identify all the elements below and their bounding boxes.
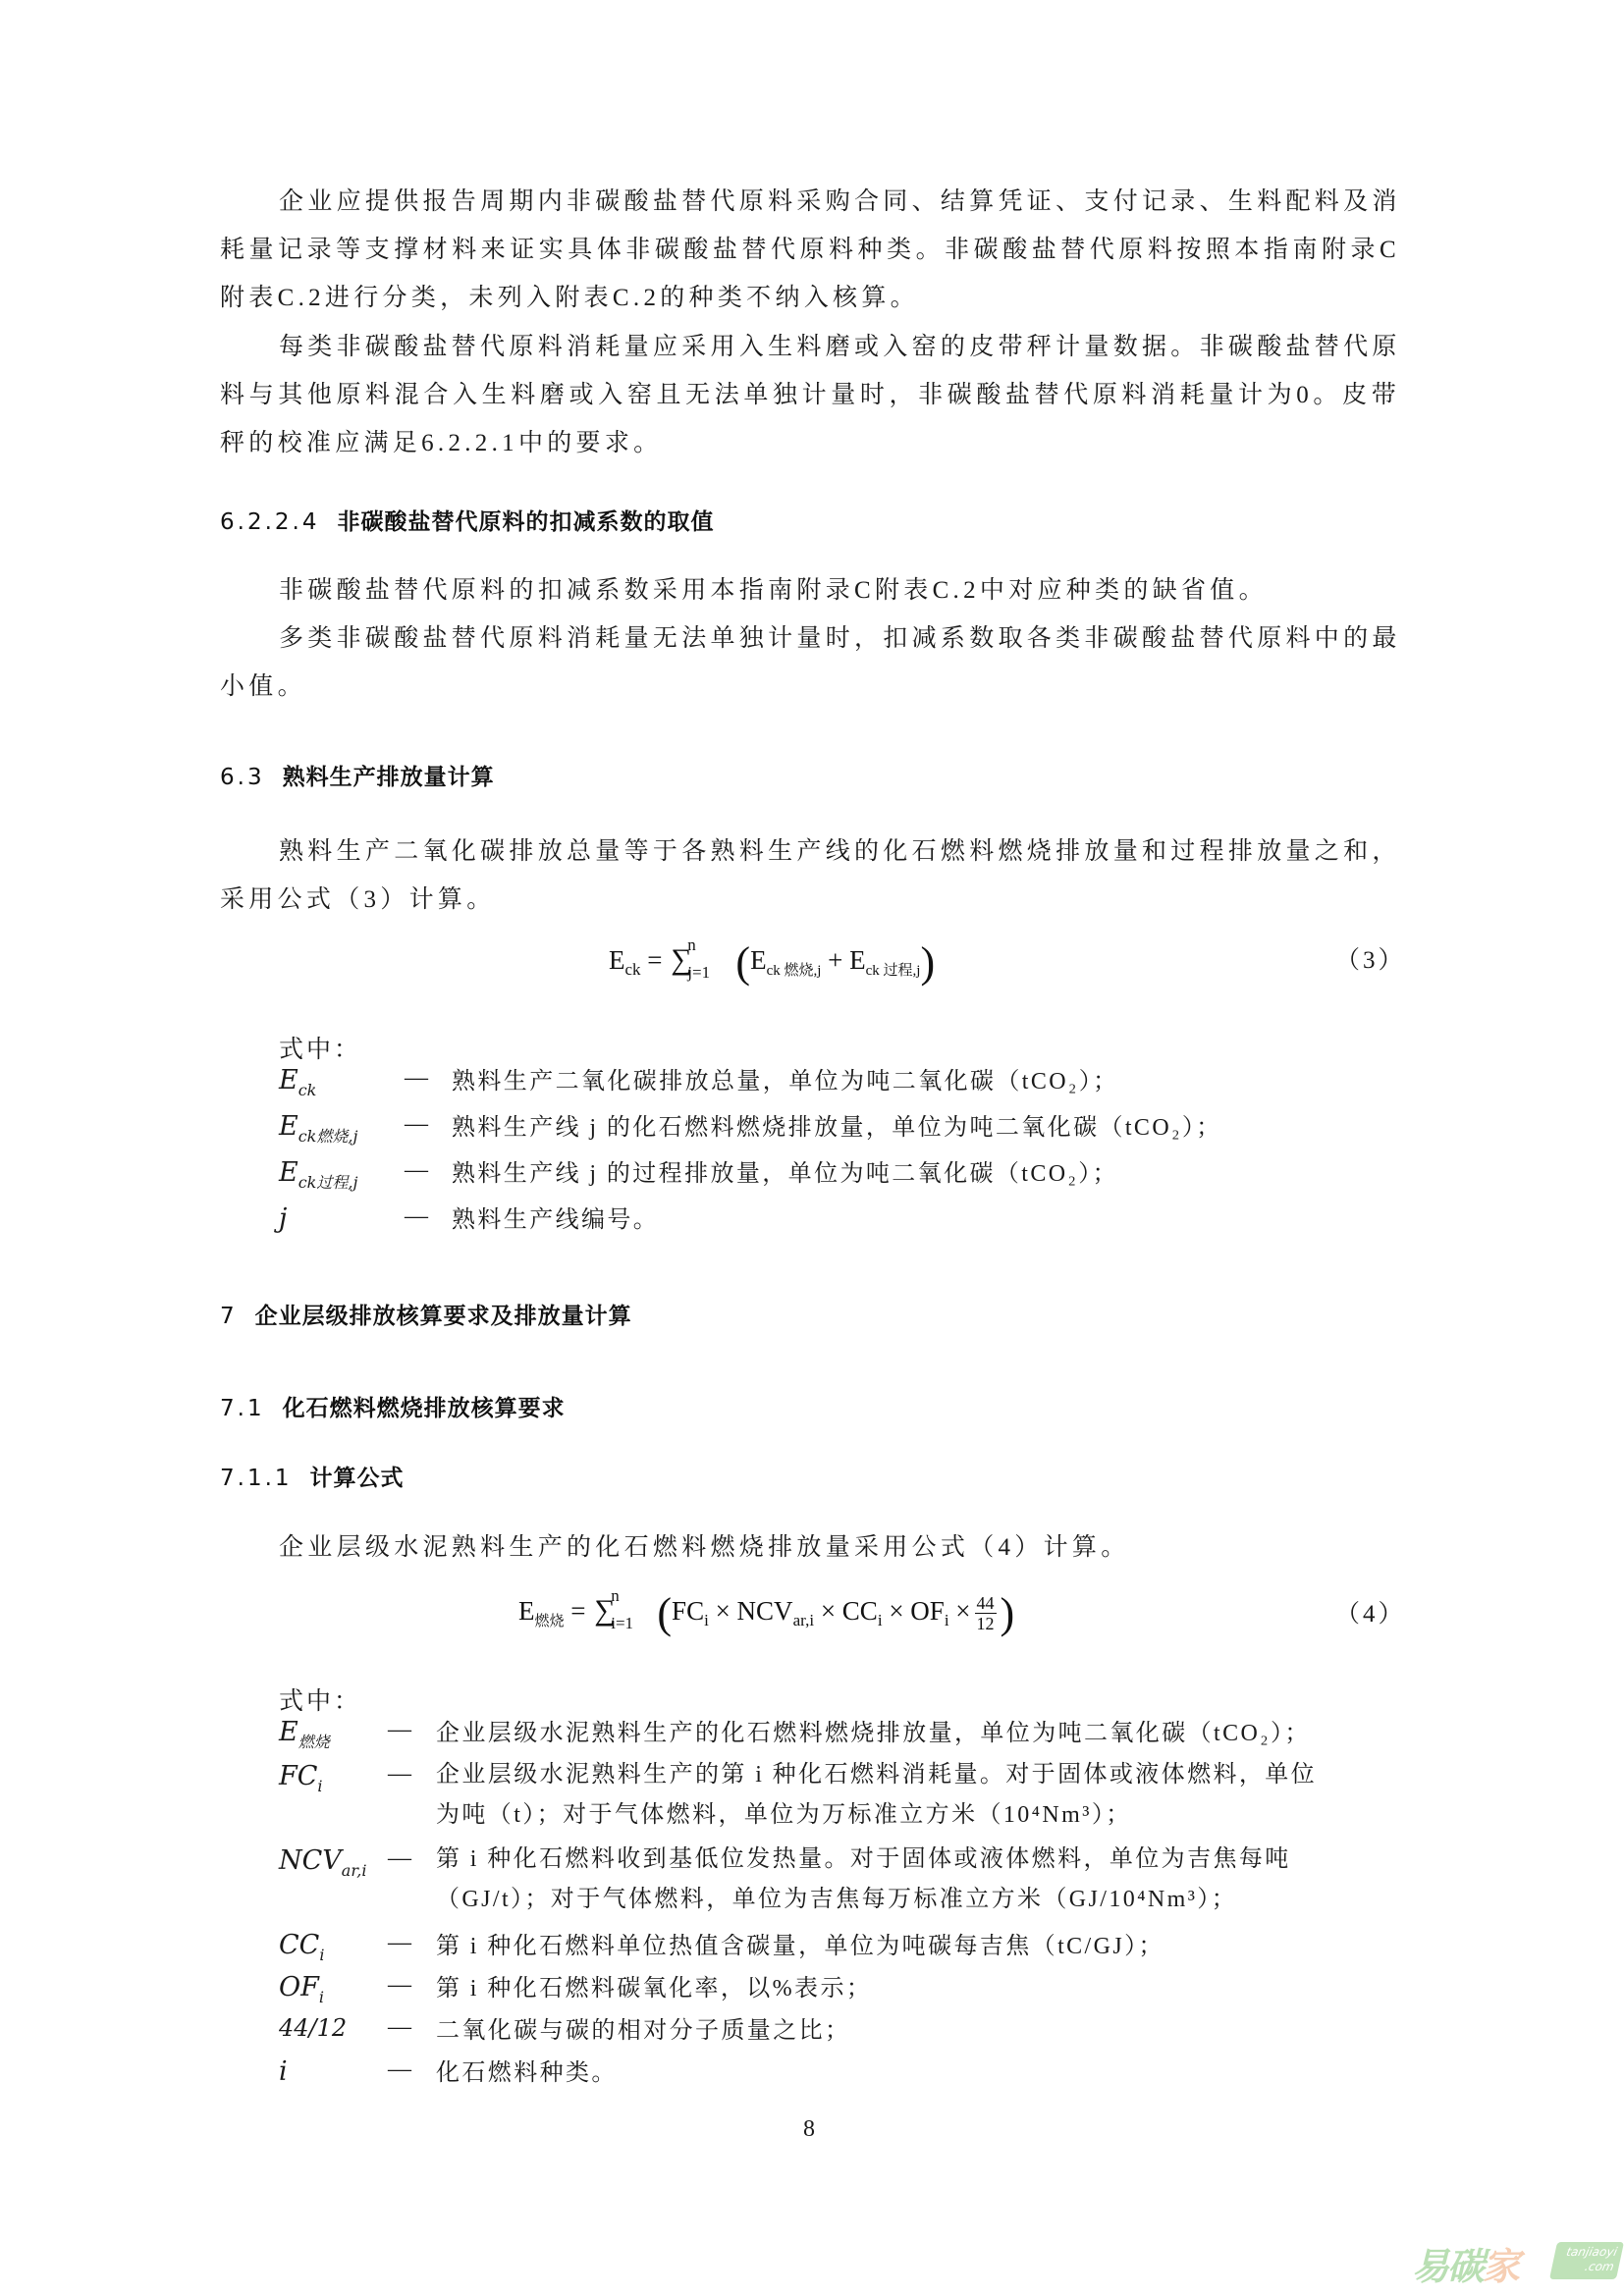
variable-symbol: Eck燃烧,j	[279, 1111, 357, 1147]
formula-3: Eck = ∑nj=1 (Eck 燃烧,j + Eck 过程,j)	[609, 937, 935, 988]
formula-symbol: NCV	[737, 1596, 793, 1626]
text-line: 非碳酸盐替代原料的扣减系数采用本指南附录C附表C.2中对应种类的缺省值。	[220, 566, 1400, 614]
text-line: 料与其他原料混合入生料磨或入窑且无法单独计量时，非碳酸盐替代原料消耗量计为0。皮…	[220, 371, 1400, 419]
section-title: 化石燃料燃烧排放核算要求	[283, 1396, 566, 1421]
text-line: 采用公式（3）计算。	[220, 876, 1400, 924]
left-paren: (	[735, 938, 750, 987]
formula-symbol: OF	[910, 1596, 945, 1626]
paragraph-formula-4-intro: 企业层级水泥熟料生产的化石燃料燃烧排放量采用公式（4）计算。	[220, 1523, 1400, 1572]
text-line: 附表C.2进行分类，未列入附表C.2的种类不纳入核算。	[220, 274, 1400, 322]
page-number: 8	[803, 2116, 815, 2143]
summation-icon: ∑ni=1	[594, 1594, 615, 1628]
dash: —	[388, 1761, 411, 1788]
variable-description: 二氧化碳与碳的相对分子质量之比；	[436, 2008, 850, 2054]
variable-symbol: OFi	[279, 1972, 324, 2006]
section-number: 7	[220, 1304, 238, 1329]
variable-description: 熟料生产线编号。	[452, 1198, 659, 1243]
where-label: 式中：	[279, 1030, 361, 1065]
document-page: 企业应提供报告周期内非碳酸盐替代原料采购合同、结算凭证、支付记录、生料配料及消 …	[0, 0, 1624, 2296]
dash: —	[388, 1930, 411, 1956]
fraction: 4412	[975, 1593, 997, 1633]
equation-number-3: （3）	[1335, 940, 1406, 976]
section-heading-7-1-1: 7.1.1计算公式	[220, 1460, 405, 1492]
watermark-brand: 易碳家	[1412, 2236, 1518, 2290]
section-number: 6.2.2.4	[220, 509, 319, 535]
section-heading-7-1: 7.1化石燃料燃烧排放核算要求	[220, 1390, 566, 1422]
formula-subscript: i	[878, 1611, 883, 1629]
variable-row: Eck过程,j — 熟料生产线 j 的过程排放量，单位为吨二氧化碳（tCO₂）；	[279, 1157, 1403, 1203]
right-paren: )	[920, 938, 935, 987]
formula-subscript: ck 过程,j	[866, 963, 921, 979]
formula-subscript: ck 燃烧,j	[767, 963, 822, 979]
dash: —	[388, 2014, 411, 2041]
equation-number-4: （4）	[1335, 1594, 1406, 1629]
variable-symbol: Eck	[279, 1065, 316, 1099]
text-line: 企业层级水泥熟料生产的化石燃料燃烧排放量采用公式（4）计算。	[220, 1523, 1400, 1572]
formula-subscript: ar,i	[793, 1611, 815, 1629]
text-line: 多类非碳酸盐替代原料消耗量无法单独计量时，扣减系数取各类非碳酸盐替代原料中的最	[220, 614, 1400, 663]
variable-description: 熟料生产二氧化碳排放总量，单位为吨二氧化碳（tCO₂）；	[452, 1059, 1119, 1104]
formula-symbol: CC	[842, 1596, 878, 1626]
formula-symbol: E	[750, 945, 767, 975]
variable-row: j — 熟料生产线编号。	[279, 1203, 1403, 1250]
variable-description: 化石燃料种类。	[436, 2051, 618, 2096]
watermark-badge: tanjiaoyi .com	[1549, 2242, 1624, 2279]
paragraph-supporting-materials: 企业应提供报告周期内非碳酸盐替代原料采购合同、结算凭证、支付记录、生料配料及消 …	[220, 178, 1400, 322]
variable-list-formula-3: Eck — 熟料生产二氧化碳排放总量，单位为吨二氧化碳（tCO₂）； Eck燃烧…	[279, 1065, 1403, 1250]
text-line: 小值。	[220, 663, 1400, 711]
dash: —	[388, 1717, 411, 1743]
variable-symbol: CCi	[279, 1930, 324, 1964]
left-paren: (	[657, 1589, 672, 1637]
paragraph-consumption-measurement: 每类非碳酸盐替代原料消耗量应采用入生料磨或入窑的皮带秤计量数据。非碳酸盐替代原 …	[220, 323, 1400, 467]
formula-subscript: 燃烧	[535, 1614, 565, 1629]
equals-sign: =	[570, 1596, 585, 1626]
text-line: 每类非碳酸盐替代原料消耗量应采用入生料磨或入窑的皮带秤计量数据。非碳酸盐替代原	[220, 323, 1400, 371]
section-title: 计算公式	[310, 1466, 405, 1491]
variable-row: Eck — 熟料生产二氧化碳排放总量，单位为吨二氧化碳（tCO₂）；	[279, 1065, 1403, 1111]
formula-symbol: E	[849, 945, 866, 975]
variable-symbol: i	[279, 2056, 288, 2091]
formula-subscript: i	[704, 1611, 709, 1629]
plus-sign: +	[828, 945, 842, 975]
times-sign: ×	[955, 1596, 970, 1626]
text-line: 企业应提供报告周期内非碳酸盐替代原料采购合同、结算凭证、支付记录、生料配料及消	[220, 178, 1400, 226]
dash: —	[388, 1972, 411, 1999]
dash: —	[405, 1065, 428, 1092]
paragraph-deduction-default: 非碳酸盐替代原料的扣减系数采用本指南附录C附表C.2中对应种类的缺省值。	[220, 566, 1400, 614]
formula-subscript: i	[945, 1611, 949, 1629]
variable-description: 企业层级水泥熟料生产的化石燃料燃烧排放量，单位为吨二氧化碳（tCO₂）；	[436, 1711, 1311, 1756]
variable-symbol: FCi	[279, 1761, 323, 1795]
formula-symbol: E	[518, 1596, 535, 1626]
variable-symbol: NCVar,i	[279, 1845, 366, 1880]
section-title: 熟料生产排放量计算	[283, 765, 495, 790]
times-sign: ×	[821, 1596, 836, 1626]
variable-description: 第 i 种化石燃料碳氧化率，以%表示；	[436, 1966, 872, 2011]
where-label: 式中：	[279, 1682, 361, 1717]
formula-subscript: ck	[625, 960, 641, 979]
dash: —	[388, 2056, 411, 2083]
section-number: 6.3	[220, 765, 265, 790]
watermark-logo: 易碳家 tanjiaoyi .com	[1412, 2236, 1620, 2287]
section-heading-6-2-2-4: 6.2.2.4非碳酸盐替代原料的扣减系数的取值	[220, 504, 714, 536]
variable-description: 熟料生产线 j 的化石燃料燃烧排放量，单位为吨二氧化碳（tCO₂）；	[452, 1105, 1222, 1150]
variable-symbol: 44/12	[279, 2014, 347, 2047]
formula-symbol: FC	[672, 1596, 704, 1626]
formula-symbol: E	[609, 945, 625, 975]
dash: —	[405, 1157, 428, 1184]
dash: —	[405, 1111, 428, 1138]
variable-symbol: E燃烧	[279, 1717, 330, 1752]
variable-description: 第 i 种化石燃料收到基低位发热量。对于固体或液体燃料，单位为吉焦每吨 （GJ/…	[436, 1840, 1291, 1920]
dash: —	[388, 1845, 411, 1872]
text-line: 耗量记录等支撑材料来证实具体非碳酸盐替代原料种类。非碳酸盐替代原料按照本指南附录…	[220, 226, 1400, 274]
section-heading-6-3: 6.3熟料生产排放量计算	[220, 759, 495, 791]
variable-list-formula-4: E燃烧 — 企业层级水泥熟料生产的化石燃料燃烧排放量，单位为吨二氧化碳（tCO₂…	[279, 1717, 1403, 2099]
dash: —	[405, 1203, 428, 1230]
section-number: 7.1	[220, 1396, 265, 1421]
section-title: 企业层级排放核算要求及排放量计算	[255, 1304, 632, 1329]
text-line: 秤的校准应满足6.2.2.1中的要求。	[220, 419, 1400, 467]
section-heading-7: 7企业层级排放核算要求及排放量计算	[220, 1298, 632, 1330]
variable-row: i — 化石燃料种类。	[279, 2056, 1403, 2099]
right-paren: )	[1001, 1589, 1015, 1637]
times-sign: ×	[889, 1596, 903, 1626]
times-sign: ×	[716, 1596, 731, 1626]
variable-description: 熟料生产线 j 的过程排放量，单位为吨二氧化碳（tCO₂）；	[452, 1151, 1118, 1197]
variable-description: 第 i 种化石燃料单位热值含碳量，单位为吨碳每吉焦（tC/GJ）；	[436, 1924, 1164, 1969]
paragraph-clinker-total: 熟料生产二氧化碳排放总量等于各熟料生产线的化石燃料燃烧排放量和过程排放量之和， …	[220, 828, 1400, 924]
summation-icon: ∑nj=1	[671, 943, 691, 977]
variable-symbol: Eck过程,j	[279, 1157, 357, 1193]
section-title: 非碳酸盐替代原料的扣减系数的取值	[337, 509, 714, 535]
formula-4: E燃烧 = ∑ni=1 (FCi × NCVar,i × CCi × OFi ×…	[518, 1588, 1014, 1638]
variable-row: NCVar,i — 第 i 种化石燃料收到基低位发热量。对于固体或液体燃料，单位…	[279, 1845, 1403, 1930]
variable-row: FCi — 企业层级水泥熟料生产的第 i 种化石燃料消耗量。对于固体或液体燃料，…	[279, 1761, 1403, 1845]
variable-row: Eck燃烧,j — 熟料生产线 j 的化石燃料燃烧排放量，单位为吨二氧化碳（tC…	[279, 1111, 1403, 1157]
equals-sign: =	[647, 945, 662, 975]
variable-description: 企业层级水泥熟料生产的第 i 种化石燃料消耗量。对于固体或液体燃料，单位 为吨（…	[436, 1755, 1317, 1836]
section-number: 7.1.1	[220, 1466, 293, 1491]
variable-symbol: j	[279, 1203, 287, 1238]
paragraph-deduction-minimum: 多类非碳酸盐替代原料消耗量无法单独计量时，扣减系数取各类非碳酸盐替代原料中的最 …	[220, 614, 1400, 711]
text-line: 熟料生产二氧化碳排放总量等于各熟料生产线的化石燃料燃烧排放量和过程排放量之和，	[220, 828, 1400, 876]
